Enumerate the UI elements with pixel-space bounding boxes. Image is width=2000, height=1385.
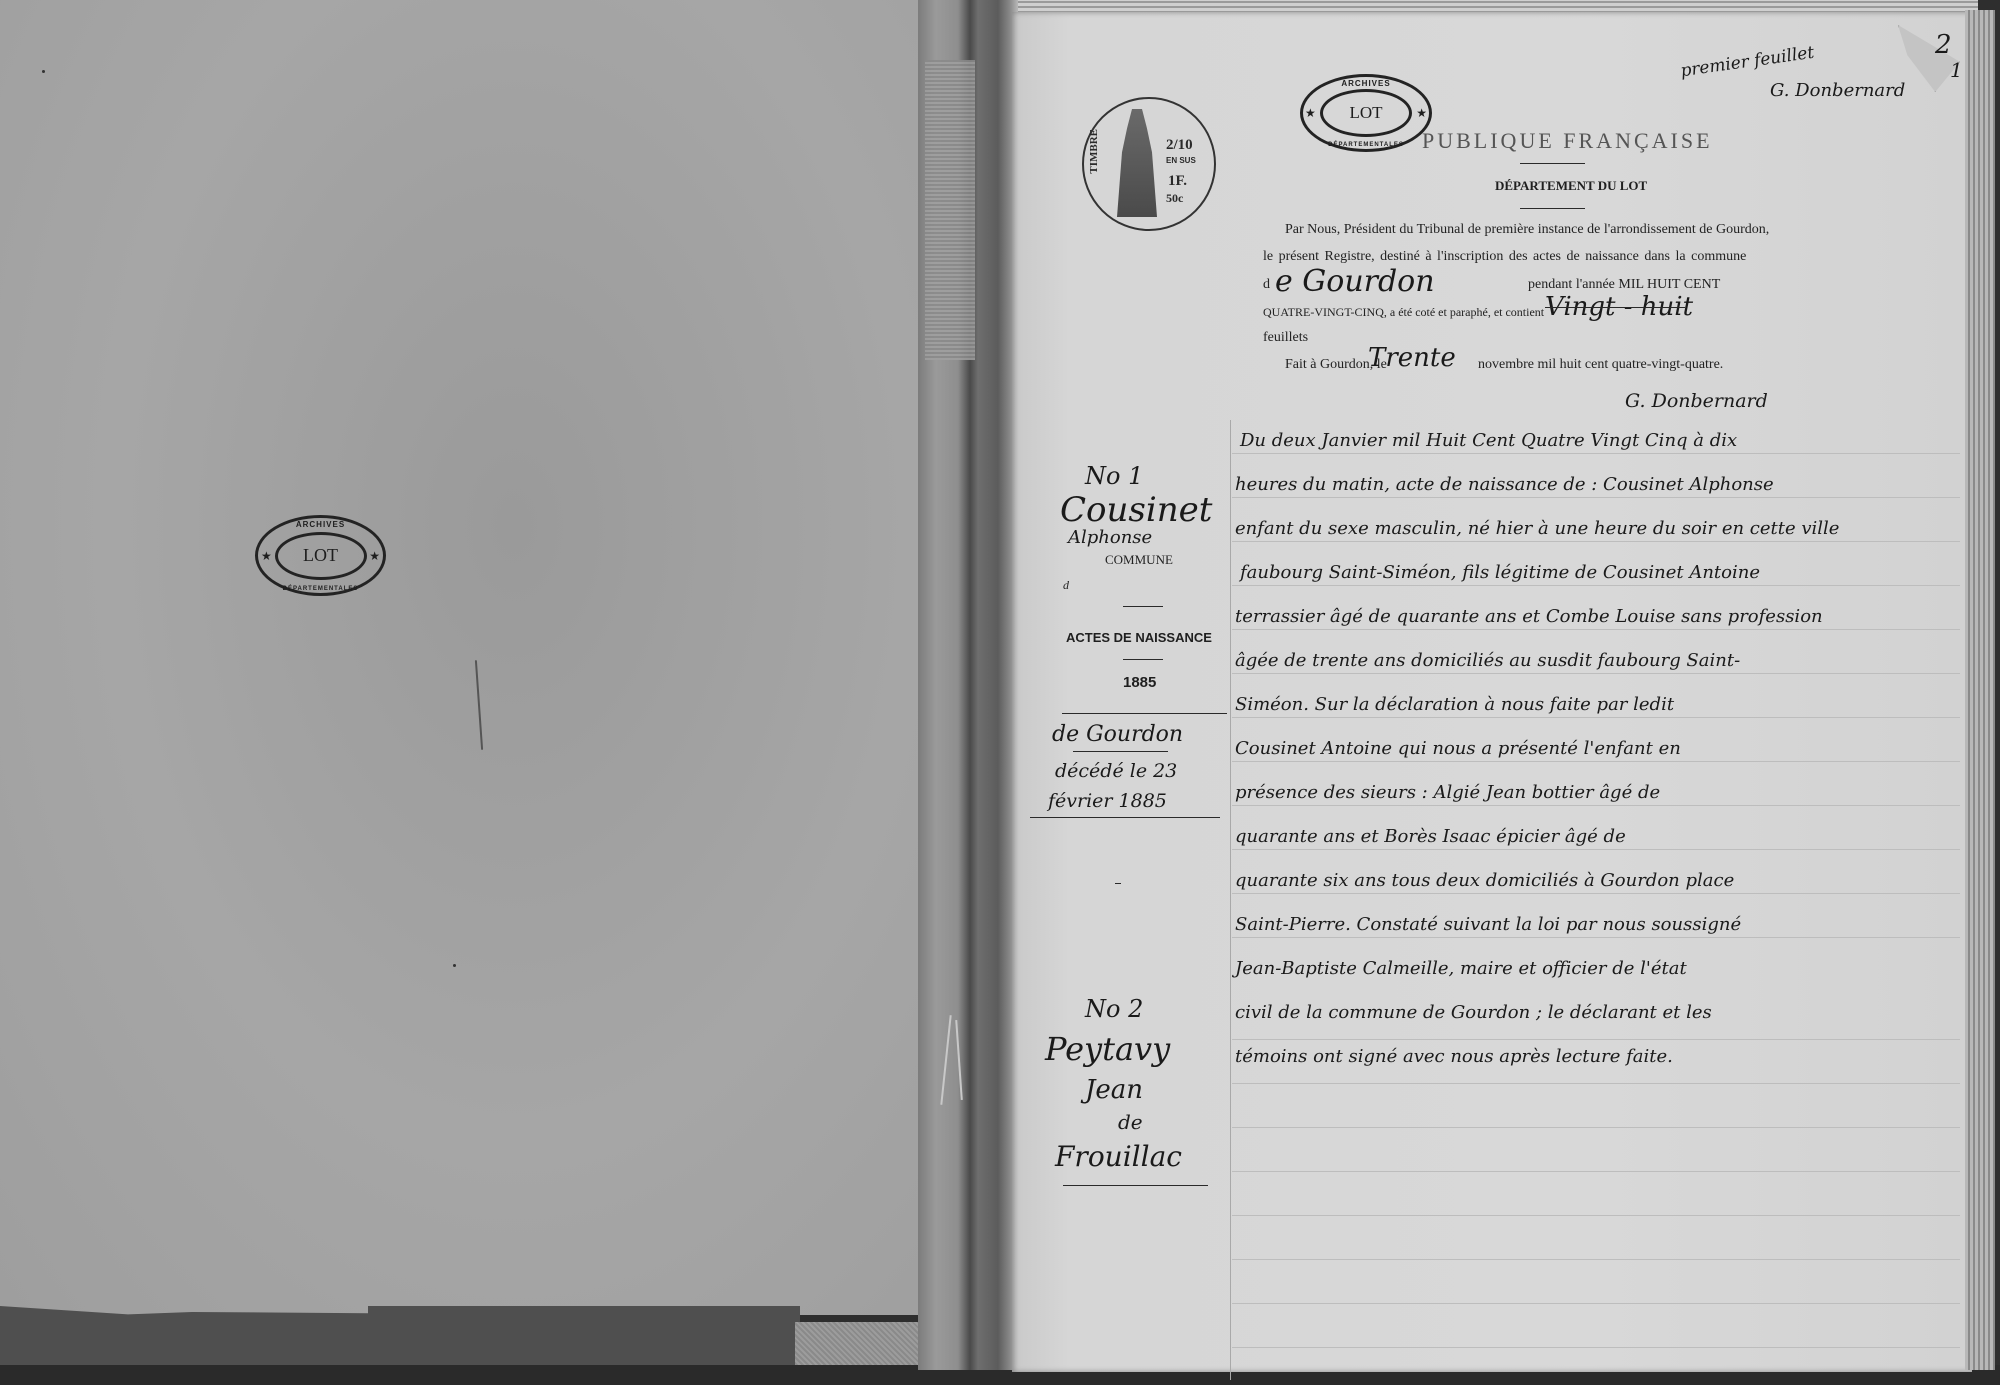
star-icon: ★ xyxy=(261,549,272,563)
record-2-annotation: Frouillac xyxy=(1055,1140,1182,1173)
ruled-line xyxy=(1232,585,1960,586)
underline xyxy=(1545,307,1685,308)
record-2-surname: Peytavy xyxy=(1045,1030,1170,1068)
record-1-line: quarante ans et Borès Isaac épicier âgé … xyxy=(1235,826,1626,847)
record-1-line: heures du matin, acte de naissance de : … xyxy=(1235,474,1774,495)
divider xyxy=(1062,713,1227,714)
record-1-annotation: février 1885 xyxy=(1048,790,1167,812)
divider xyxy=(1520,163,1585,164)
ruled-line xyxy=(1232,629,1960,630)
preamble-line: feuillets xyxy=(1263,330,1308,346)
record-1-surname: Cousinet xyxy=(1060,490,1212,530)
record-2-annotation: de xyxy=(1118,1110,1143,1134)
record-2-number: No 2 xyxy=(1085,995,1143,1023)
tax-stamp-timbre: TIMBRE 2/10 EN SUS 1F. 50c xyxy=(1082,97,1216,231)
spine-cloth xyxy=(925,60,975,360)
record-2-given: Jean xyxy=(1085,1075,1143,1105)
underline xyxy=(1073,751,1168,752)
record-1-line: Jean-Baptiste Calmeille, maire et offici… xyxy=(1235,958,1687,979)
record-1-line: présence des sieurs : Algié Jean bottier… xyxy=(1235,782,1660,803)
star-icon: ★ xyxy=(1305,106,1316,120)
paper-speck xyxy=(453,964,456,967)
justice-figure-icon xyxy=(1112,109,1162,217)
stamp-center-text: LOT xyxy=(303,545,338,566)
star-icon: ★ xyxy=(1416,106,1427,120)
timbre-value: 50c xyxy=(1166,191,1183,206)
cover-torn-edge xyxy=(0,1306,800,1366)
department-heading: DÉPARTEMENT DU LOT xyxy=(1495,178,1647,194)
stamp-bottom-text: DÉPARTEMENTALES xyxy=(1303,142,1429,148)
preamble-line: d xyxy=(1263,277,1270,293)
folio-number: 2 xyxy=(1935,30,1952,60)
ruled-line xyxy=(1232,541,1960,542)
ruled-line xyxy=(1232,1127,1960,1128)
stamp-top-text: ARCHIVES xyxy=(258,520,383,529)
ruled-line xyxy=(1232,1259,1960,1260)
ruled-line xyxy=(1232,673,1960,674)
divider xyxy=(1123,659,1163,660)
preamble-line: QUATRE-VINGT-CINQ, a été coté et paraphé… xyxy=(1263,305,1544,320)
record-1-line: Saint-Pierre. Constaté suivant la loi pa… xyxy=(1235,914,1741,935)
preamble-line: pendant l'année MIL HUIT CENT xyxy=(1528,277,1720,293)
ruled-line xyxy=(1232,761,1960,762)
ruled-line xyxy=(1232,893,1960,894)
record-1-line: Siméon. Sur la déclaration à nous faite … xyxy=(1235,694,1674,715)
ruled-line xyxy=(1232,805,1960,806)
margin-rule xyxy=(1230,420,1231,1380)
timbre-value: 1F. xyxy=(1168,173,1187,190)
timbre-value: EN SUS xyxy=(1166,156,1196,165)
record-1-line: Cousinet Antoine qui nous a présenté l'e… xyxy=(1235,738,1681,759)
preamble-line: le présent Registre, destiné à l'inscrip… xyxy=(1263,249,1746,265)
commune-label: COMMUNE xyxy=(1105,552,1173,568)
d-label: d xyxy=(1063,578,1069,593)
ruled-line xyxy=(1232,1347,1960,1348)
record-1-given: Alphonse xyxy=(1068,527,1152,548)
paper-speck xyxy=(42,70,45,73)
timbre-value: 2/10 xyxy=(1166,137,1193,154)
record-1-line: enfant du sexe masculin, né hier à une h… xyxy=(1235,518,1839,539)
year-label: 1885 xyxy=(1123,674,1156,691)
record-1-line: Du deux Janvier mil Huit Cent Quatre Vin… xyxy=(1240,430,1737,451)
record-1-annotation: de Gourdon xyxy=(1052,722,1183,747)
ruled-line xyxy=(1232,717,1960,718)
ruled-line xyxy=(1232,1215,1960,1216)
ruled-line xyxy=(1232,937,1960,938)
ruled-line xyxy=(1232,453,1960,454)
republic-heading: PUBLIQUE FRANÇAISE xyxy=(1422,128,1713,154)
ruled-line xyxy=(1232,1303,1960,1304)
ruled-line xyxy=(1232,1083,1960,1084)
record-1-annotation: décédé le 23 xyxy=(1055,760,1177,782)
ruled-line xyxy=(1232,1039,1960,1040)
register-front-cover xyxy=(0,0,935,1315)
ruled-line xyxy=(1232,849,1960,850)
commune-handwritten: e Gourdon xyxy=(1275,264,1435,299)
record-1-line: âgée de trente ans domiciliés au susdit … xyxy=(1235,650,1740,671)
preamble-line: novembre mil huit cent quatre-vingt-quat… xyxy=(1478,357,1723,373)
ruled-line xyxy=(1232,497,1960,498)
record-1-line: quarante six ans tous deux domiciliés à … xyxy=(1235,870,1734,891)
underline xyxy=(1030,817,1220,818)
record-1-number: No 1 xyxy=(1085,462,1143,490)
top-note-signature: G. Donbernard xyxy=(1770,80,1905,101)
timbre-word: TIMBRE xyxy=(1088,129,1100,174)
date-handwritten: Trente xyxy=(1368,343,1456,373)
record-1-line: terrassier âgé de quarante ans et Combe … xyxy=(1235,606,1823,627)
divider xyxy=(1123,606,1163,607)
president-signature: G. Donbernard xyxy=(1625,390,1768,412)
record-1-line: faubourg Saint-Siméon, fils légitime de … xyxy=(1240,562,1760,583)
divider xyxy=(1115,883,1121,884)
stamp-bottom-text: DÉPARTEMENTALES xyxy=(258,586,383,592)
preamble-line: Par Nous, Président du Tribunal de premi… xyxy=(1285,222,1769,238)
archives-stamp-page: ARCHIVES ★ LOT ★ DÉPARTEMENTALES xyxy=(1300,74,1432,152)
ruled-line xyxy=(1232,1171,1960,1172)
folio-sub: 1 xyxy=(1950,58,1963,82)
page-stack-edge xyxy=(1965,10,1995,1370)
actes-de-naissance-label: ACTES DE NAISSANCE xyxy=(1066,630,1212,645)
star-icon: ★ xyxy=(369,549,380,563)
stamp-center-text: LOT xyxy=(1349,103,1382,123)
archives-stamp-cover: ARCHIVES ★ LOT ★ DÉPARTEMENTALES xyxy=(255,515,386,596)
underline xyxy=(1063,1185,1208,1186)
stamp-top-text: ARCHIVES xyxy=(1303,79,1429,88)
divider xyxy=(1520,208,1585,209)
